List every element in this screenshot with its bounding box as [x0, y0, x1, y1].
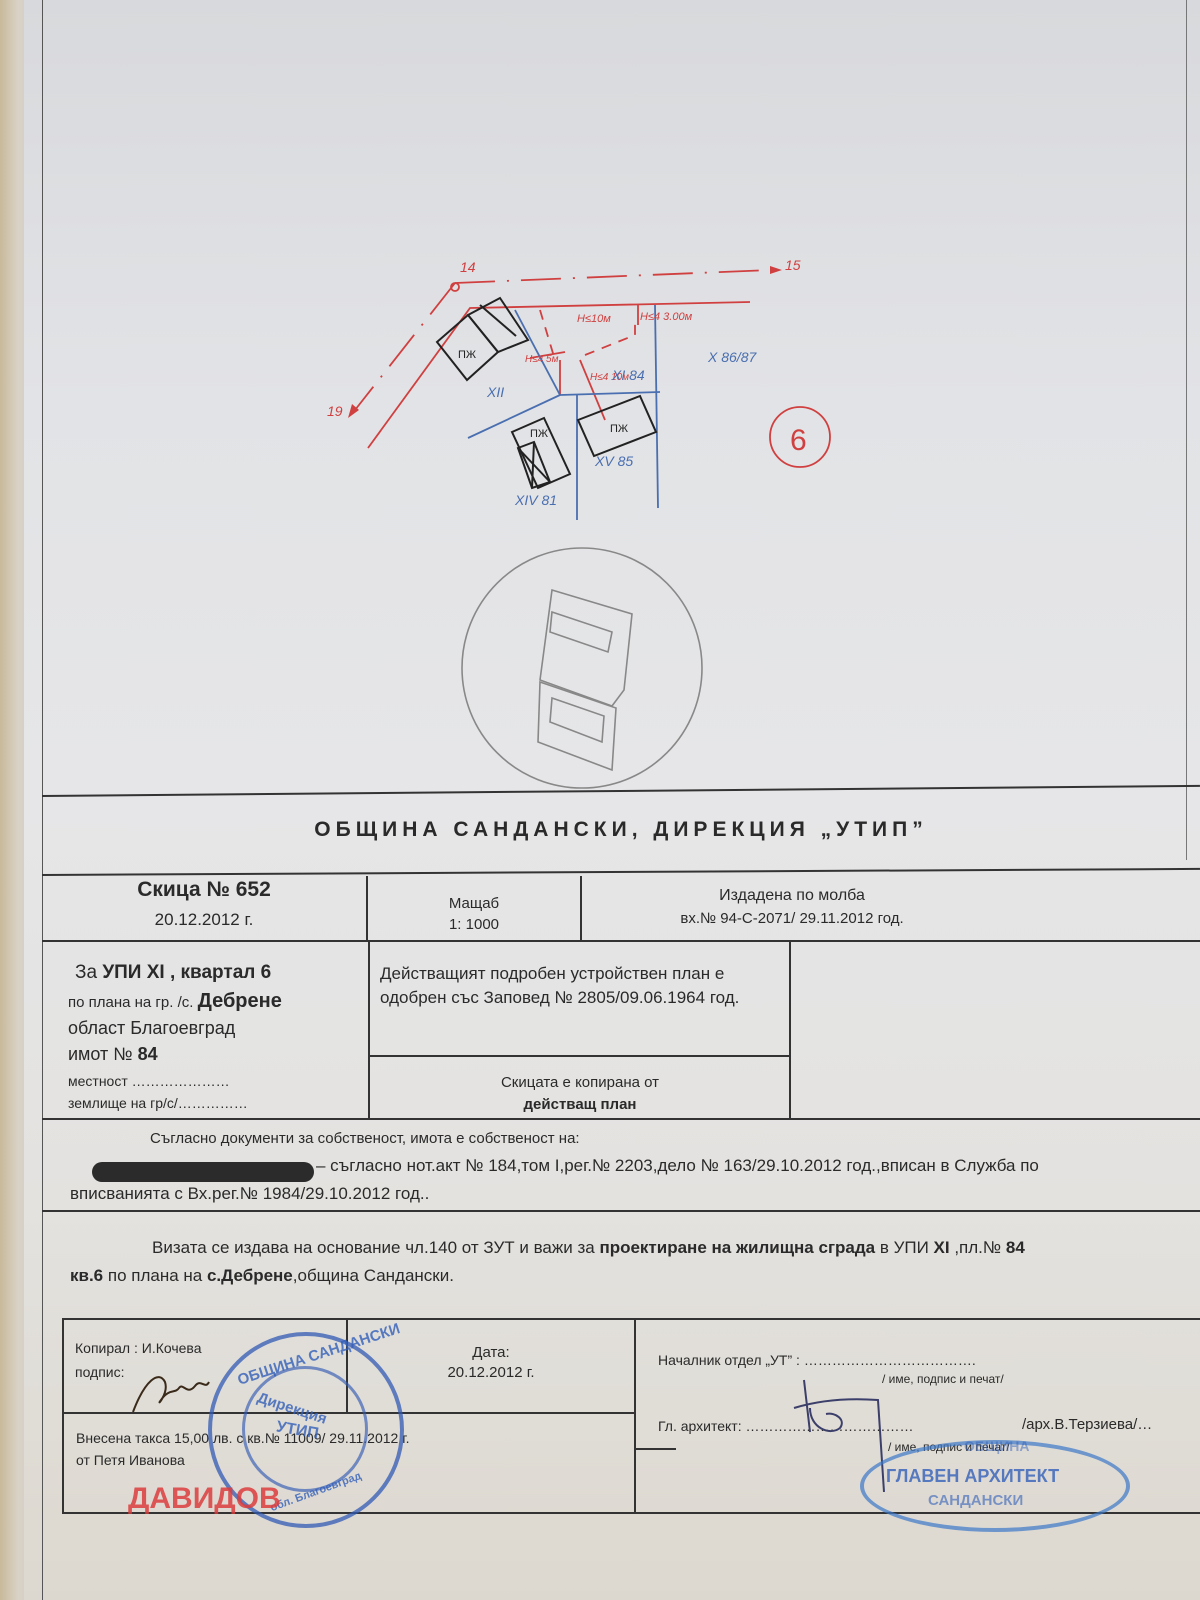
row2-col1-divider: [368, 940, 370, 1118]
svg-text:XV 85: XV 85: [594, 453, 633, 469]
copied-from-line2: действащ план: [370, 1096, 790, 1113]
ownership-intro: Съгласно документи за собственост, имота…: [150, 1130, 580, 1147]
plan-place-line: по плана на гр. /с. Дебрене: [68, 990, 282, 1013]
issued-label: Издадена по молба: [582, 887, 1002, 905]
imot-line: имот № 84: [68, 1044, 158, 1065]
ownership-bottom-border: [42, 1210, 1200, 1212]
visa-paragraph-line2: кв.6 по плана на с.Дебрене,община Сандан…: [70, 1266, 454, 1286]
ownership-deed-line1: – съгласно нот.акт № 184,том I,рег.№ 220…: [316, 1156, 1039, 1176]
chief-architect-oval-stamp: ОБЩИНА ГЛАВЕН АРХИТЕКТ САНДАНСКИ: [860, 1440, 1130, 1532]
visa-paragraph-line1: Визата се издава на основание чл.140 от …: [152, 1238, 1025, 1258]
upi-line: За УПИ XI , квартал 6: [75, 962, 271, 984]
svg-text:XIV 81: XIV 81: [514, 492, 557, 508]
copied-by: Копирал : И.Кочева: [75, 1340, 202, 1356]
hp-logo-icon: [462, 548, 702, 788]
sketch-date: 20.12.2012 г.: [42, 910, 366, 930]
row1-col2-divider: [580, 876, 582, 940]
svg-text:ПЖ: ПЖ: [610, 423, 628, 435]
svg-text:Н≤4 3.00м: Н≤4 3.00м: [640, 311, 693, 323]
scale-value: 1: 1000: [368, 916, 580, 933]
red-name-overlay: ДАВИДОВ: [128, 1482, 281, 1516]
mestnost-line: местност …………………: [68, 1073, 230, 1089]
copied-from-line1: Скицата е копирана от: [370, 1074, 790, 1091]
svg-text:19: 19: [327, 403, 343, 419]
chief-department-line: Началник отдел „УТ” : ……………………………….: [658, 1352, 976, 1368]
svg-text:14: 14: [460, 259, 476, 275]
svg-text:X 86/87: X 86/87: [707, 349, 757, 365]
svg-text:15: 15: [785, 257, 801, 273]
visa-bottom-border: [62, 1318, 1200, 1320]
footer-split-right: [636, 1448, 676, 1450]
date-value: 20.12.2012 г.: [348, 1364, 634, 1381]
region-line: област Благоевград: [68, 1018, 235, 1039]
svg-text:ПЖ: ПЖ: [458, 349, 476, 361]
chief-architect-name: /арх.В.Терзиева/…: [1022, 1416, 1152, 1433]
ownership-deed-line2: вписванията с Вх.рег.№ 1984/29.10.2012 г…: [70, 1184, 429, 1204]
zemlishte-line: землище на гр/с/……………: [68, 1095, 248, 1111]
fee-payer: от Петя Иванова: [76, 1452, 185, 1468]
plan-approval-line1: Действащият подробен устройствен план е: [380, 964, 724, 984]
svg-text:XII: XII: [486, 384, 504, 400]
cadastral-sketch: 14 15 19 Н≤10м Н≤4 3.00м Н≤4 5м Н≤4 10м …: [0, 0, 1200, 800]
svg-text:Н≤4 5м: Н≤4 5м: [525, 354, 559, 365]
document-title: ОБЩИНА САНДАНСКИ, ДИРЕКЦИЯ „УТИП”: [42, 818, 1200, 842]
row2-bottom-border: [42, 1118, 1200, 1120]
row1-bottom-border: [42, 940, 1200, 942]
issued-reference: вх.№ 94-С-2071/ 29.11.2012 год.: [582, 910, 1002, 927]
footer-left-border: [62, 1318, 64, 1512]
redacted-owner-name: [92, 1162, 314, 1182]
scale-label: Мащаб: [368, 895, 580, 912]
svg-text:6: 6: [790, 424, 807, 457]
plan-approval-line2: одобрен със Заповед № 2805/09.06.1964 го…: [380, 988, 739, 1008]
svg-text:Н≤10м: Н≤10м: [577, 313, 611, 325]
date-label: Дата:: [348, 1344, 634, 1361]
footer-col-divider-mid: [634, 1320, 636, 1512]
signature-label: подпис:: [75, 1364, 125, 1380]
sketch-number: Скица № 652: [42, 878, 366, 902]
row2-col2-divider: [789, 940, 791, 1118]
svg-text:XI 84: XI 84: [611, 367, 645, 383]
row2-split-border: [370, 1055, 790, 1057]
svg-text:ПЖ: ПЖ: [530, 428, 548, 440]
